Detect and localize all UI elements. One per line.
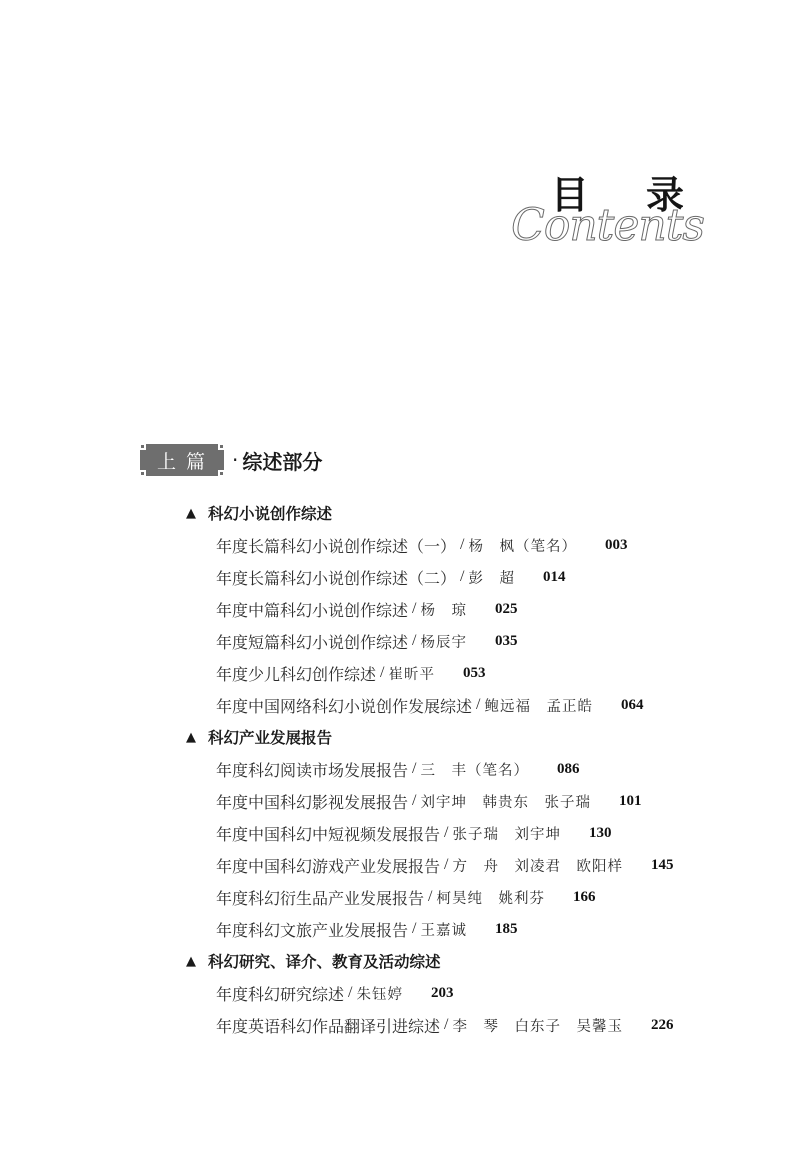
entry-title: 年度长篇科幻小说创作综述（一） bbox=[216, 534, 456, 557]
entry-authors: 张子瑞 刘宇坤 bbox=[452, 823, 561, 844]
entry-title: 年度中篇科幻小说创作综述 bbox=[216, 598, 408, 621]
title-english: Contents bbox=[511, 204, 704, 248]
part-title: 综述部分 bbox=[242, 446, 322, 475]
entry-page-number: 035 bbox=[495, 633, 518, 650]
entry-slash: / bbox=[412, 632, 416, 650]
entry-authors: 柯昊纯 姚利芬 bbox=[436, 887, 545, 908]
toc-entry[interactable]: 年度科幻文旅产业发展报告/王嘉诚185 bbox=[186, 913, 726, 945]
entry-authors: 刘宇坤 韩贵东 张子瑞 bbox=[420, 791, 591, 812]
toc-section-heading: ▲ 科幻产业发展报告 bbox=[186, 721, 726, 753]
entry-slash: / bbox=[380, 664, 384, 682]
entry-slash: / bbox=[444, 824, 448, 842]
entry-slash: / bbox=[412, 920, 416, 938]
entry-title: 年度中国网络科幻小说创作发展综述 bbox=[216, 694, 472, 717]
entry-slash: / bbox=[412, 600, 416, 618]
entry-authors: 方 舟 刘凌君 欧阳样 bbox=[452, 855, 623, 876]
toc-entry[interactable]: 年度英语科幻作品翻译引进综述/李 琴 白东子 吴馨玉226 bbox=[186, 1009, 726, 1041]
entry-page-number: 025 bbox=[495, 601, 518, 618]
entry-slash: / bbox=[412, 760, 416, 778]
entry-authors: 王嘉诚 bbox=[420, 919, 467, 940]
entry-slash: / bbox=[412, 792, 416, 810]
toc-entry[interactable]: 年度长篇科幻小说创作综述（二）/彭 超014 bbox=[186, 561, 726, 593]
toc-entry[interactable]: 年度中国网络科幻小说创作发展综述/鲍远福 孟正皓064 bbox=[186, 689, 726, 721]
entry-title: 年度科幻文旅产业发展报告 bbox=[216, 918, 408, 941]
entry-page-number: 226 bbox=[651, 1017, 674, 1034]
part-badge: 上篇 bbox=[140, 444, 224, 476]
table-of-contents: ▲ 科幻小说创作综述 年度长篇科幻小说创作综述（一）/杨 枫（笔名）003 年度… bbox=[186, 497, 726, 1041]
toc-section-heading: ▲ 科幻小说创作综述 bbox=[186, 497, 726, 529]
badge-notch-left bbox=[140, 450, 146, 470]
entry-page-number: 145 bbox=[651, 857, 674, 874]
triangle-icon: ▲ bbox=[186, 506, 196, 521]
entry-slash: / bbox=[428, 888, 432, 906]
entry-title: 年度科幻研究综述 bbox=[216, 982, 344, 1005]
toc-entry[interactable]: 年度长篇科幻小说创作综述（一）/杨 枫（笔名）003 bbox=[186, 529, 726, 561]
entry-authors: 朱钰婷 bbox=[356, 983, 403, 1004]
toc-entry[interactable]: 年度科幻阅读市场发展报告/三 丰（笔名）086 bbox=[186, 753, 726, 785]
entry-slash: / bbox=[476, 696, 480, 714]
entry-page-number: 203 bbox=[431, 985, 454, 1002]
entry-authors: 彭 超 bbox=[468, 567, 515, 588]
entry-title: 年度中国科幻影视发展报告 bbox=[216, 790, 408, 813]
entry-authors: 崔昕平 bbox=[388, 663, 435, 684]
entry-authors: 杨辰宇 bbox=[420, 631, 467, 652]
badge-corner-dot bbox=[141, 445, 144, 448]
entry-title: 年度中国科幻游戏产业发展报告 bbox=[216, 854, 440, 877]
part-header: 上篇 · 综述部分 bbox=[140, 444, 322, 476]
section-title: 科幻小说创作综述 bbox=[208, 502, 332, 524]
entry-title: 年度科幻衍生品产业发展报告 bbox=[216, 886, 424, 909]
entry-authors: 李 琴 白东子 吴馨玉 bbox=[452, 1015, 623, 1036]
entry-slash: / bbox=[348, 984, 352, 1002]
toc-entry[interactable]: 年度科幻衍生品产业发展报告/柯昊纯 姚利芬166 bbox=[186, 881, 726, 913]
entry-authors: 三 丰（笔名） bbox=[420, 759, 529, 780]
entry-authors: 鲍远福 孟正皓 bbox=[484, 695, 593, 716]
entry-authors: 杨 枫（笔名） bbox=[468, 535, 577, 556]
section-title: 科幻产业发展报告 bbox=[208, 726, 332, 748]
toc-section-heading: ▲ 科幻研究、译介、教育及活动综述 bbox=[186, 945, 726, 977]
badge-corner-dot bbox=[141, 472, 144, 475]
triangle-icon: ▲ bbox=[186, 954, 196, 969]
entry-slash: / bbox=[444, 856, 448, 874]
entry-title: 年度英语科幻作品翻译引进综述 bbox=[216, 1014, 440, 1037]
section-title: 科幻研究、译介、教育及活动综述 bbox=[208, 950, 441, 972]
entry-slash: / bbox=[444, 1016, 448, 1034]
badge-corner-dot bbox=[220, 472, 223, 475]
entry-page-number: 101 bbox=[619, 793, 642, 810]
entry-page-number: 003 bbox=[605, 537, 628, 554]
toc-entry[interactable]: 年度短篇科幻小说创作综述/杨辰宇035 bbox=[186, 625, 726, 657]
badge-notch-right bbox=[218, 450, 224, 470]
toc-entry[interactable]: 年度中国科幻影视发展报告/刘宇坤 韩贵东 张子瑞101 bbox=[186, 785, 726, 817]
entry-page-number: 053 bbox=[463, 665, 486, 682]
toc-entry[interactable]: 年度中篇科幻小说创作综述/杨 琼025 bbox=[186, 593, 726, 625]
entry-title: 年度科幻阅读市场发展报告 bbox=[216, 758, 408, 781]
entry-title: 年度长篇科幻小说创作综述（二） bbox=[216, 566, 456, 589]
toc-entry[interactable]: 年度少儿科幻创作综述/崔昕平053 bbox=[186, 657, 726, 689]
toc-entry[interactable]: 年度中国科幻游戏产业发展报告/方 舟 刘凌君 欧阳样145 bbox=[186, 849, 726, 881]
toc-entry[interactable]: 年度科幻研究综述/朱钰婷203 bbox=[186, 977, 726, 1009]
entry-page-number: 166 bbox=[573, 889, 596, 906]
entry-slash: / bbox=[460, 568, 464, 586]
entry-title: 年度中国科幻中短视频发展报告 bbox=[216, 822, 440, 845]
entry-page-number: 130 bbox=[589, 825, 612, 842]
entry-title: 年度少儿科幻创作综述 bbox=[216, 662, 376, 685]
entry-slash: / bbox=[460, 536, 464, 554]
entry-page-number: 064 bbox=[621, 697, 644, 714]
triangle-icon: ▲ bbox=[186, 730, 196, 745]
contents-title: 目 录 Contents bbox=[540, 170, 720, 260]
entry-page-number: 014 bbox=[543, 569, 566, 586]
entry-title: 年度短篇科幻小说创作综述 bbox=[216, 630, 408, 653]
entry-page-number: 086 bbox=[557, 761, 580, 778]
entry-page-number: 185 bbox=[495, 921, 518, 938]
part-badge-label: 上篇 bbox=[149, 447, 215, 474]
badge-corner-dot bbox=[220, 445, 223, 448]
entry-authors: 杨 琼 bbox=[420, 599, 467, 620]
toc-entry[interactable]: 年度中国科幻中短视频发展报告/张子瑞 刘宇坤130 bbox=[186, 817, 726, 849]
part-separator: · bbox=[232, 448, 238, 472]
